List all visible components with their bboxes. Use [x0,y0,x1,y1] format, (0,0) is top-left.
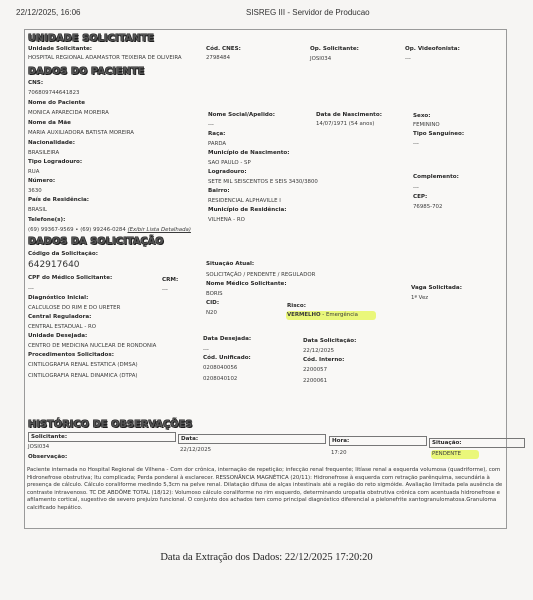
nome-mae-value: MARIA AUXILIADORA BATISTA MOREIRA [28,130,134,136]
cns-label: CNS: [28,80,43,86]
cep-value: 76985-702 [413,204,442,210]
tipo-sanguineo-value: --- [413,141,419,147]
risco-value: VERMELHO - Emergência [286,312,376,318]
section-title-paciente: DADOS DO PACIENTE [28,66,144,77]
nascimento-value: 14/07/1971 (54 anos) [316,121,374,127]
bairro-label: Bairro: [208,188,230,194]
municipio-nascimento-label: Município de Nascimento: [208,150,290,156]
diagnostico-inicial-label: Diagnóstico Inicial: [28,295,88,301]
procedimento-2-cod-unificado: 0208040102 [203,376,237,382]
procedimento-2-nome: CINTILOGRAFIA RENAL DINAMICA (DTPA) [28,373,138,379]
unidade-solicitante-label: Unidade Solicitante: [28,46,92,52]
municipio-nascimento-value: SAO PAULO - SP [208,160,251,166]
logradouro-label: Logradouro: [208,169,247,175]
cns-value: 706809744641823 [28,90,79,96]
pais-residencia-value: BRASIL [28,207,47,213]
procedimento-2-cod-interno: 2200061 [303,378,327,384]
data-desejada-label: Data Desejada: [203,336,251,342]
sexo-label: Sexo: [413,113,431,119]
cod-unificado-label: Cód. Unificado: [203,355,251,361]
op-solicitante-value: JOSI034 [310,56,331,62]
cid-value: N20 [206,310,217,316]
situacao-value: PENDENTE [431,451,479,457]
procedimento-1-cod-unificado: 0208040056 [203,365,237,371]
crm-value: --- [162,287,168,293]
risco-label: Risco: [287,303,306,309]
op-videofonista-value: --- [405,56,411,62]
observacao-text: Paciente internada no Hospital Regional … [27,467,505,512]
tipo-sanguineo-label: Tipo Sanguíneo: [413,131,464,137]
cid-label: CID: [206,300,219,306]
section-title-unidade-solicitante: UNIDADE SOLICITANTE [28,33,154,44]
exibir-lista-detalhada-link[interactable]: (Exibir Lista Detalhada) [128,227,191,233]
data-desejada-value: --- [203,347,209,353]
solicitante-header: Solicitante: [28,432,176,442]
municipio-residencia-label: Município de Residência: [208,207,287,213]
procedimento-1-cod-interno: 2200057 [303,367,327,373]
data-solicitacao-label: Data Solicitação: [303,338,356,344]
nome-social-label: Nome Social/Apelido: [208,112,275,118]
unidade-desejada-value: CENTRO DE MEDICINA NUCLEAR DE RONDONIA [28,343,156,349]
numero-value: 3630 [28,188,42,194]
risco-level: VERMELHO [287,312,321,318]
section-title-solicitacao: DADOS DA SOLICITAÇÃO [28,236,164,247]
telefone-numbers: (69) 99367-9569 • (69) 99246-0284 [28,227,126,233]
situacao-atual-label: Situação Atual: [206,261,254,267]
nacionalidade-value: BRASILEIRA [28,150,59,156]
nome-mae-label: Nome da Mãe [28,120,71,126]
data-value: 22/12/2025 [180,447,211,453]
cpf-medico-label: CPF do Médico Solicitante: [28,275,112,281]
vaga-solicitada-value: 1ª Vez [411,295,428,301]
telefone-label: Telefone(s): [28,217,65,223]
hora-value: 17:20 [331,450,347,456]
raca-label: Raça: [208,131,225,137]
cep-label: CEP: [413,194,427,200]
procedimentos-label: Procedimentos Solicitados: [28,352,114,358]
risco-desc: - Emergência [321,312,358,318]
tipo-logradouro-label: Tipo Logradouro: [28,159,82,165]
numero-label: Número: [28,178,55,184]
print-datetime: 22/12/2025, 16:06 [16,8,81,17]
cpf-medico-value: --- [28,286,34,292]
cod-interno-label: Cód. Interno: [303,357,344,363]
data-header: Data: [178,434,326,444]
unidade-desejada-label: Unidade Desejada: [28,333,87,339]
codigo-solicitacao-label: Código da Solicitação: [28,251,98,257]
situacao-header: Situação: [429,438,525,448]
sexo-value: FEMININO [413,122,440,128]
central-reguladora-value: CENTRAL ESTADUAL - RO [28,324,96,330]
pais-residencia-label: País de Residência: [28,197,89,203]
codigo-solicitacao-value: 642917640 [28,260,80,270]
nome-paciente-label: Nome do Paciente [28,100,85,106]
raca-value: PARDA [208,141,226,147]
tipo-logradouro-value: RUA [28,169,39,175]
diagnostico-inicial-value: CALCULOSE DO RIM E DO URETER [28,305,120,311]
unidade-solicitante-value: HOSPITAL REGIONAL ADAMASTOR TEIXEIRA DE … [28,55,182,61]
data-solicitacao-value: 22/12/2025 [303,348,334,354]
complemento-value: --- [413,185,419,191]
nome-medico-value: BORIS [206,291,223,297]
telefone-value: (69) 99367-9569 • (69) 99246-0284 (Exibi… [28,227,191,233]
logradouro-value: SETE MIL SEISCENTOS E SEIS 3430/3800 [208,179,318,185]
op-videofonista-label: Op. Videofonista: [405,46,460,52]
solicitante-value: JOSI034 [28,444,49,450]
nome-medico-label: Nome Médico Solicitante: [206,281,287,287]
op-solicitante-label: Op. Solicitante: [310,46,359,52]
situacao-pendente: PENDENTE [431,450,479,459]
situacao-atual-value: SOLICITAÇÃO / PENDENTE / REGULADOR [206,272,315,278]
cnes-value: 2798484 [206,55,230,61]
observacao-label: Observação: [28,454,67,460]
central-reguladora-label: Central Reguladora: [28,314,91,320]
nome-social-value: --- [208,122,214,128]
extraction-date: Data da Extração dos Dados: 22/12/2025 1… [0,552,533,563]
document-box: UNIDADE SOLICITANTE Unidade Solicitante:… [24,29,507,529]
municipio-residencia-value: VILHENA - RO [208,217,245,223]
crm-label: CRM: [162,277,178,283]
complemento-label: Complemento: [413,174,459,180]
procedimento-1-nome: CINTILOGRAFIA RENAL ESTATICA (DMSA) [28,362,138,368]
vaga-solicitada-label: Vaga Solicitada: [411,285,462,291]
cnes-label: Cód. CNES: [206,46,241,52]
print-title: SISREG III - Servidor de Producao [246,8,370,17]
nascimento-label: Data de Nascimento: [316,112,382,118]
section-title-historico: HISTÓRICO DE OBSERVAÇÕES [28,419,193,430]
bairro-value: RESIDENCIAL ALPHAVILLE I [208,198,281,204]
hora-header: Hora: [329,436,427,446]
nacionalidade-label: Nacionalidade: [28,140,75,146]
nome-paciente-value: MONICA APARECIDA MOREIRA [28,110,109,116]
